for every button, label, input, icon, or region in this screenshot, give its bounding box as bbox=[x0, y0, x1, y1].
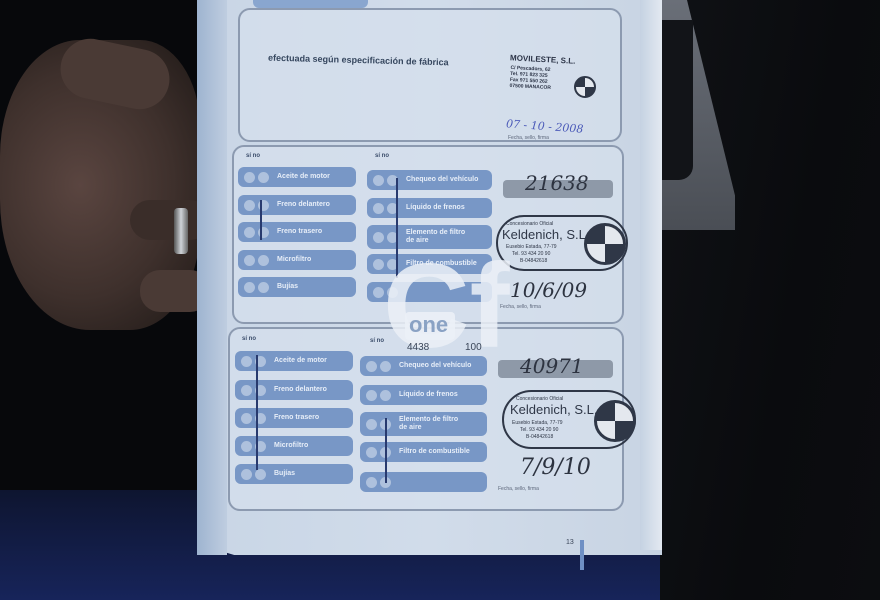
date-caption: Fecha, sello, firma bbox=[498, 486, 539, 492]
date-caption: Fecha, sello, firma bbox=[508, 135, 549, 141]
checklist-item: Filtro de combustible bbox=[360, 442, 487, 462]
stamp-address: Eusebio Estada, 77-79 bbox=[506, 244, 557, 250]
stamp-code: B-04842618 bbox=[520, 258, 547, 264]
yes-no-header: sí no bbox=[242, 336, 256, 342]
stamp-phone: Tel. 93 434 20 90 bbox=[512, 251, 550, 257]
checklist-item: Aceite de motor bbox=[238, 167, 356, 187]
checklist-item: Freno delantero bbox=[238, 195, 356, 215]
yes-no-header: sí no bbox=[246, 153, 260, 159]
checklist-item: Elemento de filtro de aire bbox=[360, 412, 487, 436]
page-edge bbox=[640, 0, 662, 550]
dealer-address: C/ Pescadors, 62 Tel. 971 823 325 Fax 97… bbox=[509, 65, 552, 91]
checklist-item: Chequeo del vehículo bbox=[367, 170, 492, 190]
mileage-value: 21638 bbox=[525, 171, 589, 195]
pen-mark bbox=[385, 418, 387, 483]
watermark-number-right: 100 bbox=[465, 342, 482, 353]
stamp-address: Eusebio Estada, 77-79 bbox=[512, 420, 563, 426]
checklist-item: Freno delantero bbox=[235, 380, 353, 400]
checklist-item: Aceite de motor bbox=[235, 351, 353, 371]
yes-no-header: sí no bbox=[370, 338, 384, 344]
service-date: 10/6/09 bbox=[510, 278, 587, 302]
pen-mark bbox=[260, 200, 262, 240]
top-tab bbox=[253, 0, 368, 8]
bmw-logo-icon bbox=[574, 76, 596, 98]
stamp-dealer: Keldenich, S.L. bbox=[510, 402, 597, 417]
service-date: 7/9/10 bbox=[520, 455, 591, 480]
page-number: 13 bbox=[566, 539, 574, 546]
bmw-logo-icon bbox=[584, 223, 626, 265]
checklist-item: Freno trasero bbox=[235, 408, 353, 428]
booklet-spine bbox=[197, 0, 227, 555]
checklist-item: Líquido de frenos bbox=[367, 198, 492, 218]
stamp-dealer: Keldenich, S.L. bbox=[502, 227, 589, 242]
pen-mark bbox=[256, 355, 258, 470]
watermark-number-left: 4438 bbox=[407, 342, 429, 353]
page-marker bbox=[580, 540, 584, 570]
yes-no-header: sí no bbox=[375, 153, 389, 159]
checklist-item: Freno trasero bbox=[238, 222, 356, 242]
watermark-logo: Cf one 4438 100 bbox=[383, 238, 501, 362]
watermark-letters: Cf bbox=[383, 256, 510, 356]
mileage-value: 40971 bbox=[520, 354, 584, 378]
ring bbox=[174, 208, 188, 254]
bmw-logo-icon bbox=[594, 400, 636, 442]
stamp-phone: Tel. 93 434 20 90 bbox=[520, 427, 558, 433]
checklist-item: Líquido de frenos bbox=[360, 385, 487, 405]
checklist-item: Microfiltro bbox=[238, 250, 356, 270]
dealer-stamp: Concesionario Oficial Keldenich, S.L. Eu… bbox=[496, 215, 628, 271]
dealer-stamp: Concesionario Oficial Keldenich, S.L. Eu… bbox=[502, 390, 636, 449]
watermark-word: one bbox=[409, 312, 448, 338]
checklist-item: Microfiltro bbox=[235, 436, 353, 456]
checklist-item: Bujías bbox=[238, 277, 356, 297]
checklist-item bbox=[360, 472, 487, 492]
stamp-code: B-04842618 bbox=[526, 434, 553, 440]
checklist-item: Bujías bbox=[235, 464, 353, 484]
